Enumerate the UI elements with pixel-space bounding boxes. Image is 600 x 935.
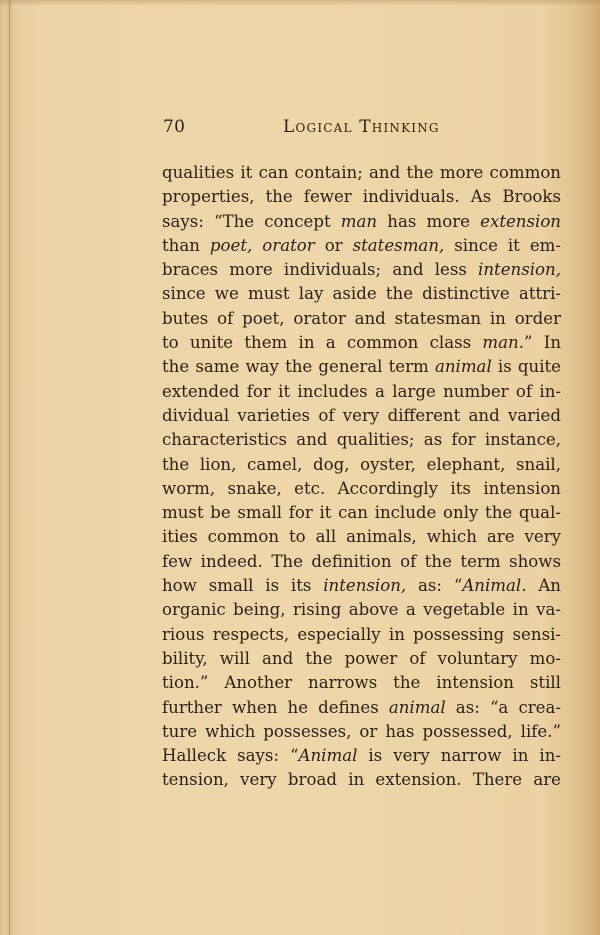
text-line: how small is its intension, as: “Animal.… [162, 574, 561, 598]
text-line: butes of poet, orator and statesman in o… [162, 307, 561, 331]
text-run: dividual varieties of very different and… [162, 406, 561, 425]
text-run: has more [377, 212, 480, 231]
text-line: further when he defines animal as: “a cr… [162, 696, 561, 720]
book-page: 70 Logical Thinking qualities it can con… [0, 0, 600, 935]
text-line: than poet, orator or statesman, since it… [162, 234, 561, 258]
text-run: says: “The concept [162, 212, 341, 231]
text-line: since we must lay aside the distinctive … [162, 282, 561, 306]
text-run: properties, the fewer individuals. As Br… [162, 187, 561, 206]
text-run: to unite them in a common class [162, 333, 482, 352]
italic-term: Animal. [462, 576, 526, 595]
page-header: 70 Logical Thinking [163, 117, 563, 141]
text-run: few indeed. The definition of the term s… [162, 552, 561, 571]
italic-term: statesman, [353, 236, 445, 255]
text-run: qualities it can contain; and the more c… [162, 163, 561, 182]
text-line: braces more individuals; and less intens… [162, 258, 561, 282]
text-line: few indeed. The definition of the term s… [162, 550, 561, 574]
text-run: since it em- [444, 236, 561, 255]
text-line: dividual varieties of very different and… [162, 404, 561, 428]
italic-term: intension, [323, 576, 406, 595]
running-title: Logical Thinking [283, 117, 440, 137]
text-line: must be small for it can include only th… [162, 501, 561, 525]
text-run: organic being, rising above a vegetable … [162, 600, 561, 619]
text-run: bility, will and the power of voluntary … [162, 649, 561, 668]
text-run: ” In [524, 333, 561, 352]
italic-term: man. [482, 333, 524, 352]
text-run: as: “ [406, 576, 462, 595]
text-run: worm, snake, etc. Accordingly its intens… [162, 479, 561, 498]
italic-term: extension [480, 212, 561, 231]
italic-term: animal [435, 357, 492, 376]
text-line: rious respects, especially in possessing… [162, 623, 561, 647]
text-run: the lion, camel, dog, oyster, elephant, … [162, 455, 561, 474]
text-line: tension, very broad in extension. There … [162, 768, 561, 792]
text-run: ture which possesses, or has possessed, … [162, 722, 561, 741]
text-line: ities common to all animals, which are v… [162, 525, 561, 549]
text-run: than [162, 236, 210, 255]
body-text: qualities it can contain; and the more c… [162, 161, 561, 793]
text-run: braces more individuals; and less [162, 260, 478, 279]
text-run: rious respects, especially in possessing… [162, 625, 561, 644]
text-run: is quite [492, 357, 561, 376]
text-line: the same way the general term animal is … [162, 355, 561, 379]
text-run: how small is its [162, 576, 323, 595]
text-run: An [527, 576, 562, 595]
text-run: must be small for it can include only th… [162, 503, 561, 522]
text-run: extended for it includes a large number … [162, 382, 561, 401]
italic-term: intension, [478, 260, 561, 279]
text-run: is very narrow in in- [357, 746, 561, 765]
text-line: Halleck says: “Animal is very narrow in … [162, 744, 561, 768]
text-line: properties, the fewer individuals. As Br… [162, 185, 561, 209]
text-run: characteristics and qualities; as for in… [162, 430, 561, 449]
text-run: tion.” Another narrows the intension sti… [162, 673, 561, 692]
text-run: the same way the general term [162, 357, 435, 376]
text-run: or [315, 236, 353, 255]
text-line: worm, snake, etc. Accordingly its intens… [162, 477, 561, 501]
text-line: to unite them in a common class man.” In [162, 331, 561, 355]
text-line: qualities it can contain; and the more c… [162, 161, 561, 185]
text-line: the lion, camel, dog, oyster, elephant, … [162, 453, 561, 477]
text-line: ture which possesses, or has possessed, … [162, 720, 561, 744]
text-run: Halleck says: “ [162, 746, 299, 765]
italic-term: man [341, 212, 377, 231]
text-line: tion.” Another narrows the intension sti… [162, 671, 561, 695]
text-run: further when he defines [162, 698, 389, 717]
text-run: as: “a crea- [446, 698, 561, 717]
text-line: organic being, rising above a vegetable … [162, 598, 561, 622]
italic-term: Animal [299, 746, 358, 765]
text-run: tension, very broad in extension. There … [162, 770, 561, 789]
italic-term: animal [389, 698, 446, 717]
italic-term: poet, orator [210, 236, 315, 255]
text-run: since we must lay aside the distinctive … [162, 284, 561, 303]
page-number: 70 [163, 117, 185, 137]
text-run: butes of poet, orator and statesman in o… [162, 309, 561, 328]
text-line: says: “The concept man has more extensio… [162, 210, 561, 234]
text-line: characteristics and qualities; as for in… [162, 428, 561, 452]
text-line: extended for it includes a large number … [162, 380, 561, 404]
text-run: ities common to all animals, which are v… [162, 527, 561, 546]
text-line: bility, will and the power of voluntary … [162, 647, 561, 671]
